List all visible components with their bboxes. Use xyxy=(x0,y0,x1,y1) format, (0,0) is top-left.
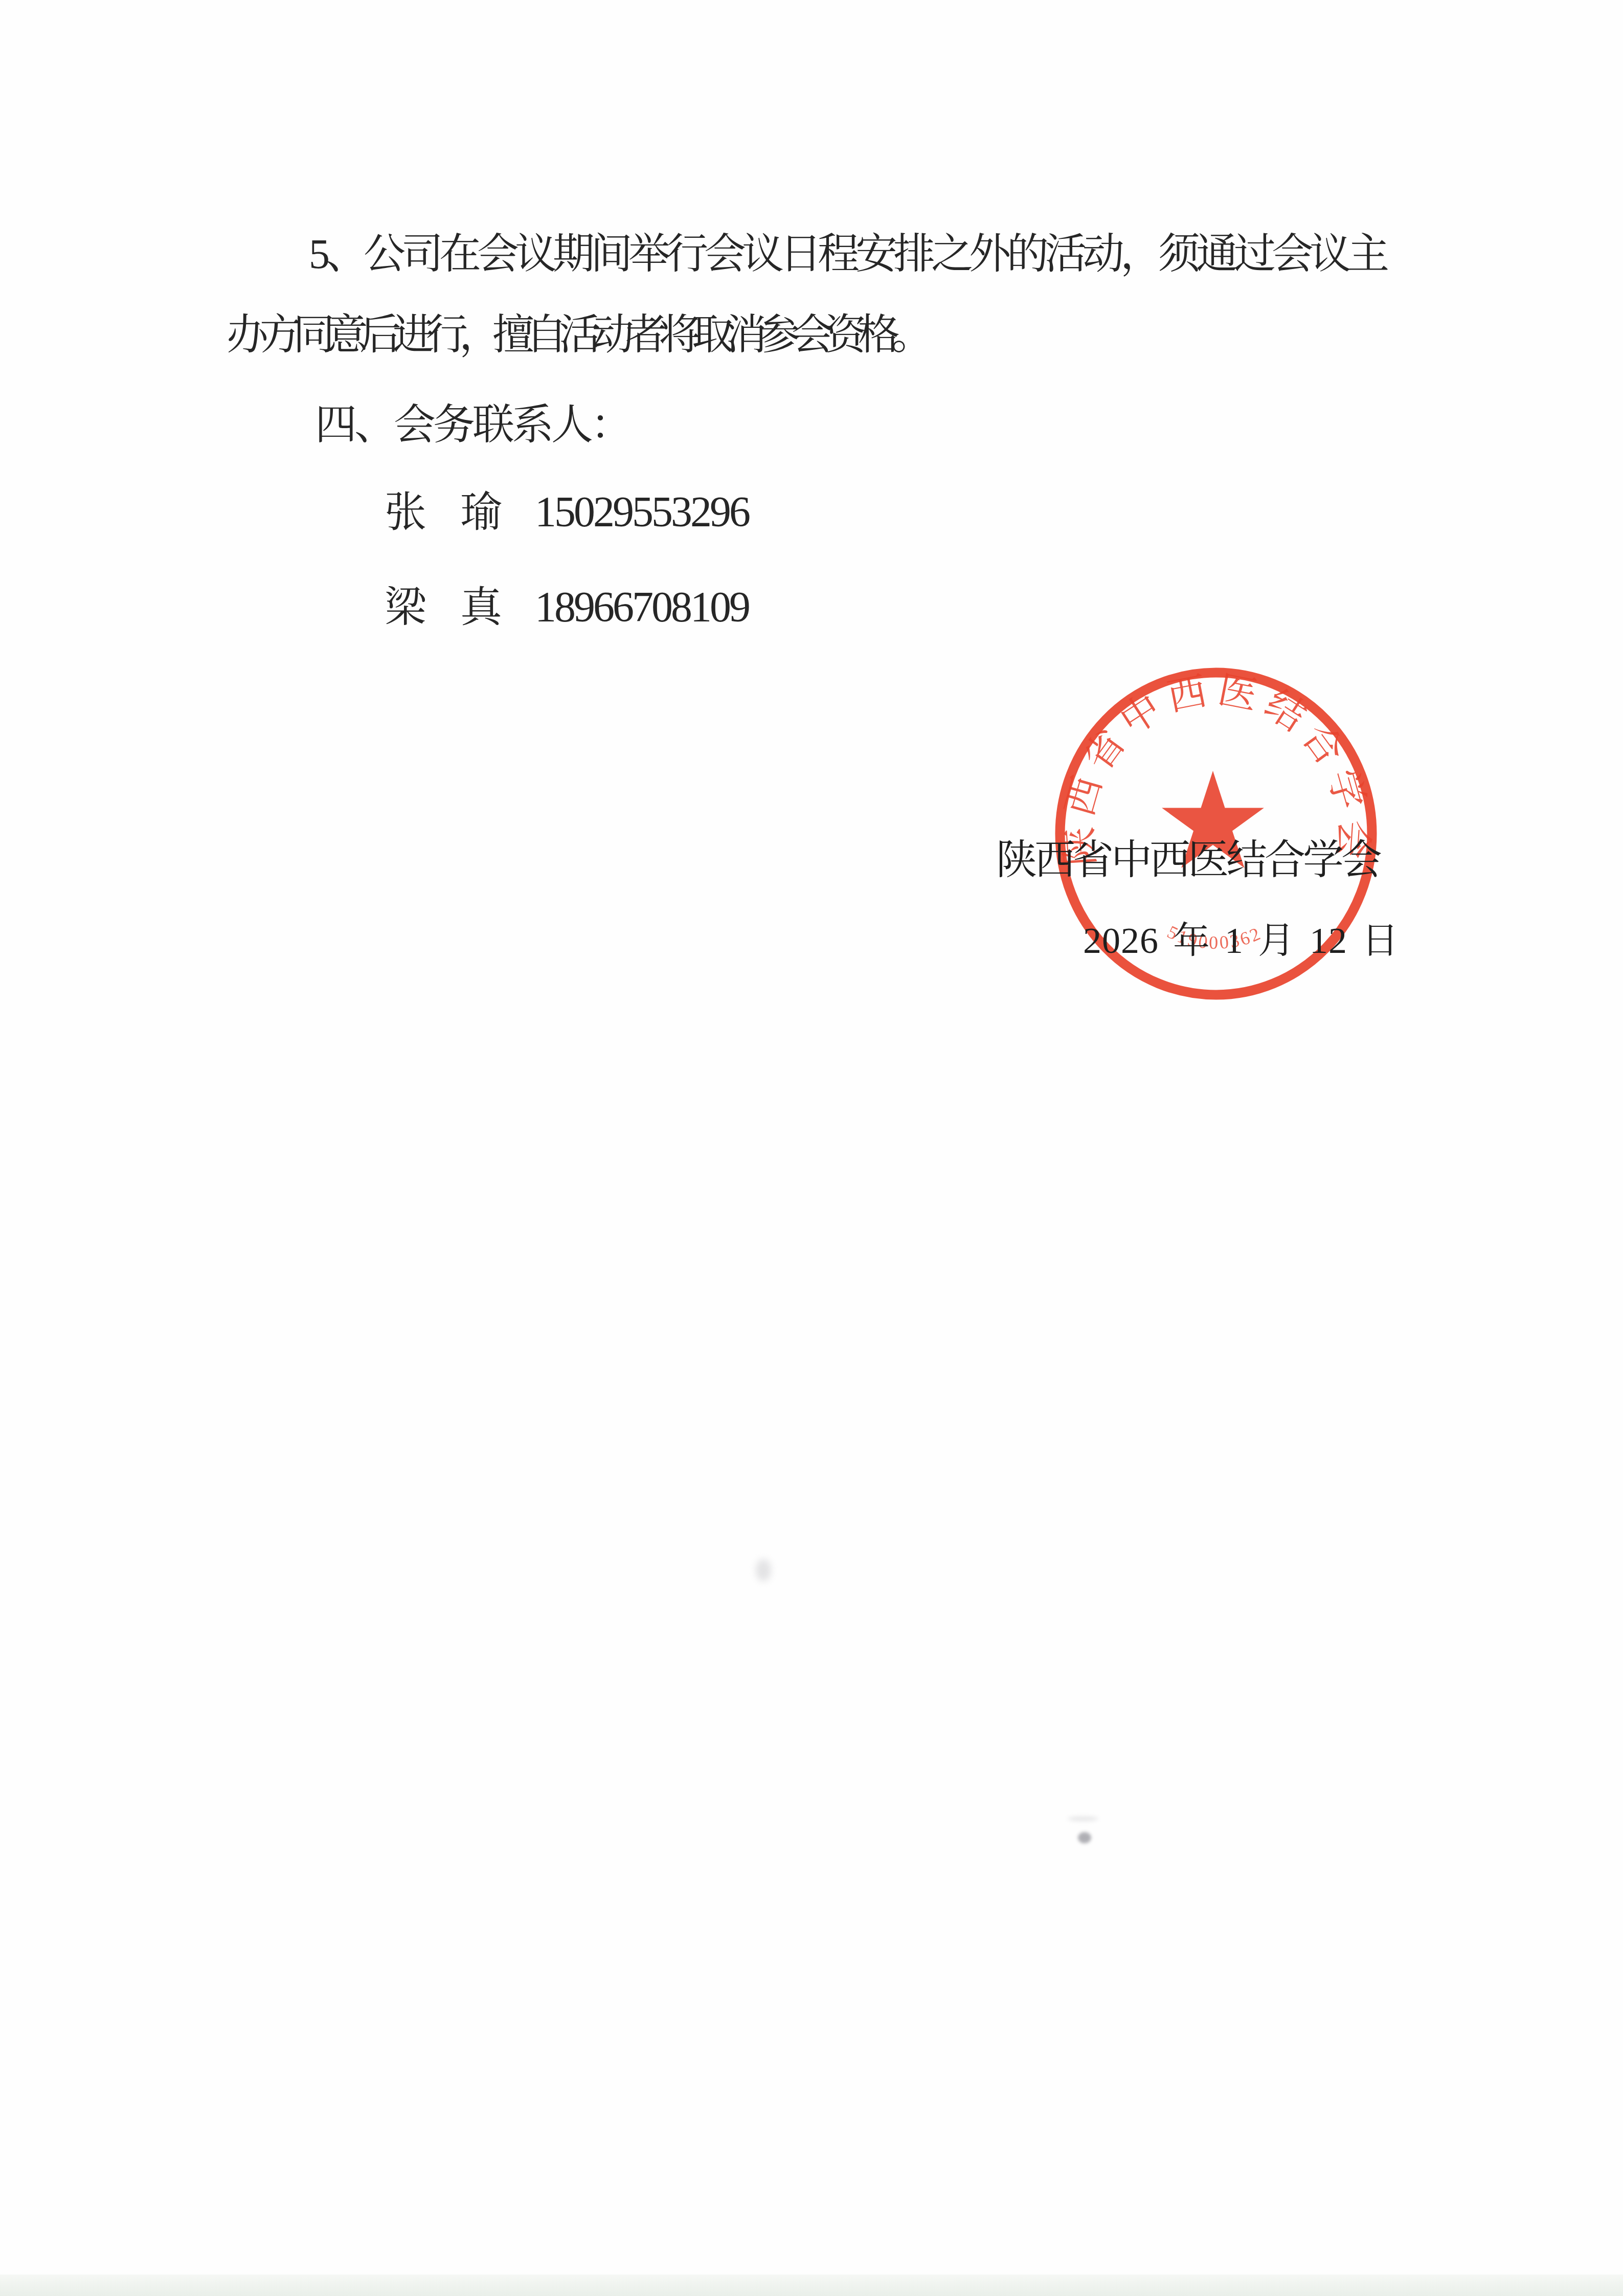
ink-smudge xyxy=(756,1559,771,1581)
paragraph-line-1: 5、公司在会议期间举行会议日程安排之外的活动，须通过会议主 xyxy=(309,231,1385,277)
contact-row: 梁 真18966708109 xyxy=(385,584,749,631)
official-seal: 陕西省中西医结合学会 519000362 xyxy=(1006,634,1426,1033)
section-heading: 四、会务联系人： xyxy=(315,402,630,448)
scanner-edge-band xyxy=(0,2275,1623,2296)
ink-smudge xyxy=(1078,1832,1091,1843)
ink-smudge xyxy=(1068,1817,1098,1821)
page: 5、公司在会议期间举行会议日程安排之外的活动，须通过会议主 办方同意后进行，擅自… xyxy=(0,0,1623,2296)
contact-phone: 15029553296 xyxy=(535,488,749,536)
signature-date: 2026 年 1 月 12 日 xyxy=(1083,921,1399,961)
contact-row: 张 瑜15029553296 xyxy=(385,489,749,536)
contact-name: 梁 真 xyxy=(385,584,498,631)
contact-phone: 18966708109 xyxy=(535,584,749,631)
contact-name: 张 瑜 xyxy=(385,489,498,536)
signature-organization: 陕西省中西医结合学会 xyxy=(996,838,1380,883)
paragraph-line-2: 办方同意后进行，擅自活动者将取消参会资格。 xyxy=(227,312,925,358)
